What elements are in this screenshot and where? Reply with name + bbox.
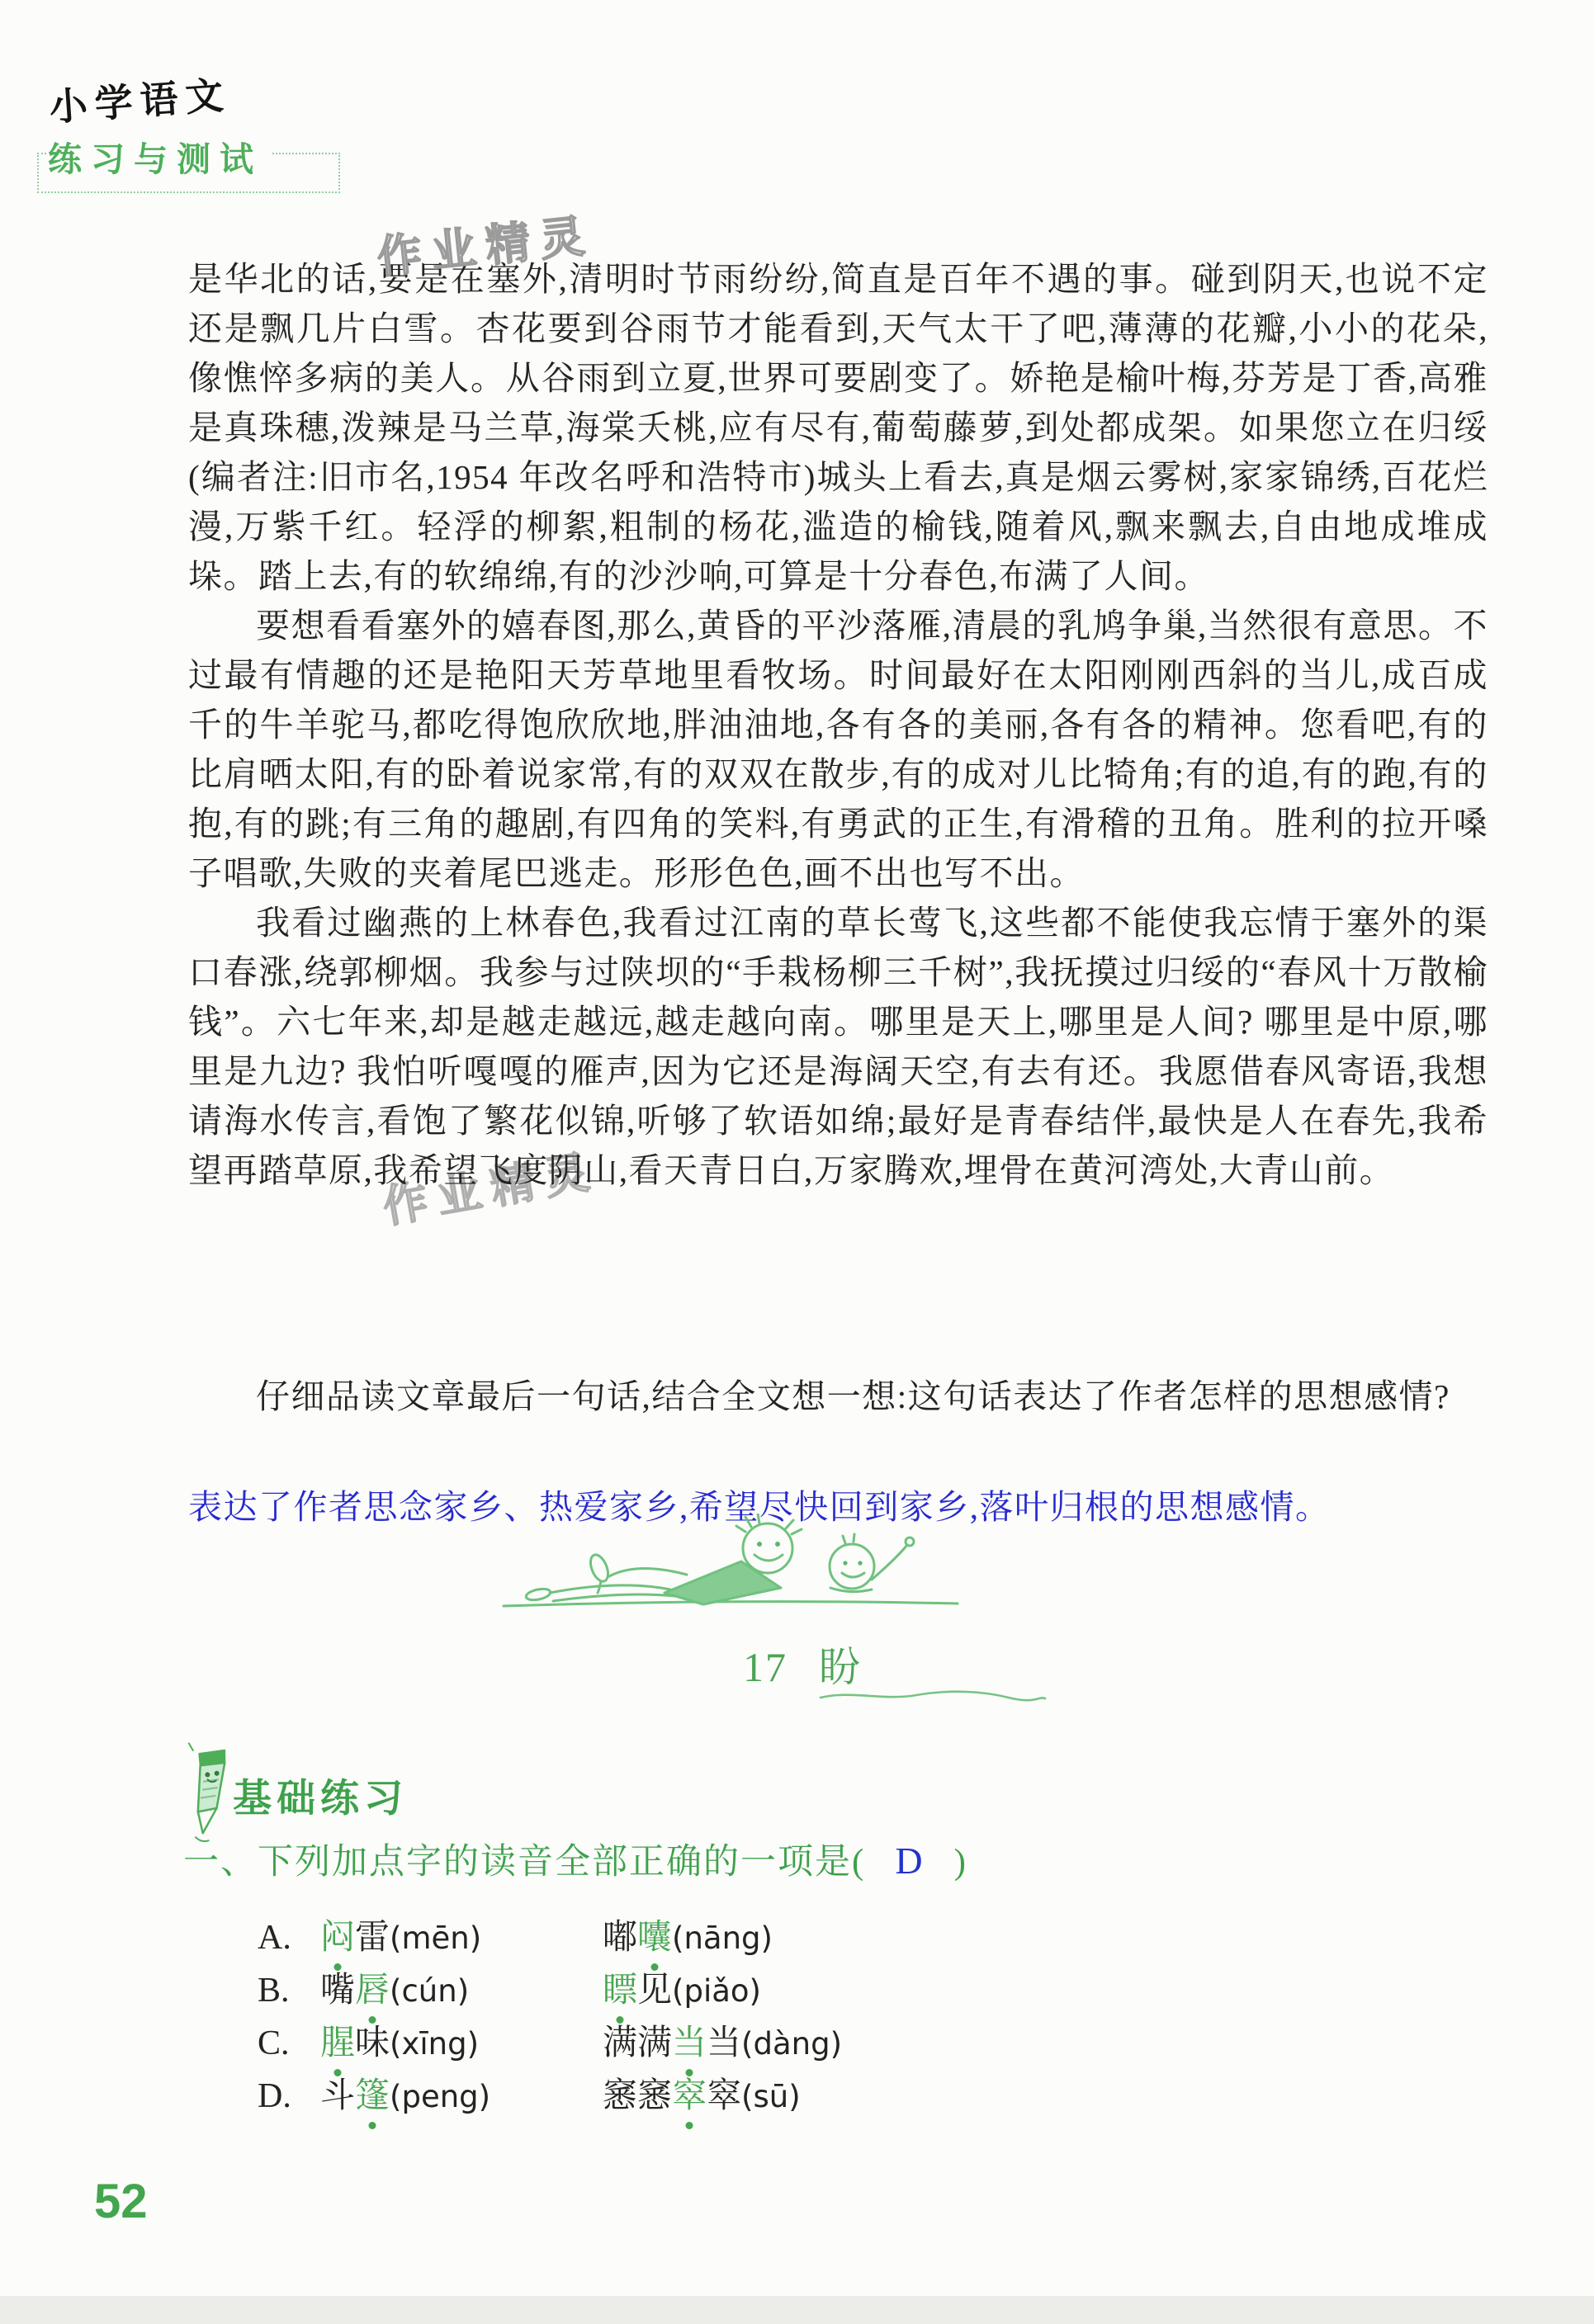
- section-heading-basic-practice: 基础练习: [233, 1768, 408, 1823]
- pinyin: (nāng): [672, 1920, 773, 1956]
- pinyin: (dàng): [741, 2026, 842, 2062]
- word-part: 窣: [707, 2077, 741, 2115]
- open-paren: (: [852, 1843, 865, 1882]
- accented-char: 闷: [320, 1910, 355, 1959]
- pinyin: (xīng): [390, 2026, 479, 2062]
- choice-list: A. 闷雷(mēn) 嘟囔(nāng) B. 嘴唇(cún) 瞟见(piǎo) …: [258, 1910, 842, 2121]
- children-illustration: [495, 1514, 966, 1623]
- choice-label: B.: [258, 1971, 320, 2010]
- choice-row-d: D. 斗篷(peng) 窸窸窣窣(sū): [258, 2068, 842, 2121]
- lesson-title: 盼: [819, 1644, 862, 1690]
- passage-paragraph-2: 要想看看塞外的嬉春图,那么,黄昏的平沙落雁,清晨的乳鸠争巢,当然很有意思。不过最…: [188, 601, 1488, 898]
- pinyin: (sū): [741, 2079, 801, 2114]
- page-bottom-edge: [0, 2296, 1594, 2324]
- accented-char: 篷: [355, 2068, 390, 2118]
- accented-char: 唇: [355, 1963, 390, 2012]
- word-part: 见: [637, 1972, 672, 2010]
- wavy-underline: [817, 1687, 1048, 1705]
- accented-char: 腥: [320, 2015, 355, 2065]
- page-number: 52: [94, 2174, 148, 2229]
- choice-row-c: C. 腥味(xīng) 满满当当(dàng): [258, 2015, 842, 2068]
- choice-label: A.: [258, 1918, 320, 1958]
- word-part: 当: [707, 2024, 741, 2062]
- word-part: 嘟: [603, 1919, 637, 1957]
- lesson-heading: 17盼: [743, 1634, 862, 1693]
- choice-word: 嘟囔(nāng): [603, 1910, 773, 1959]
- word-part: 嘴: [320, 1972, 355, 2010]
- choice-word: 窸窸窣窣(sū): [603, 2068, 801, 2118]
- close-paren: ): [954, 1843, 967, 1882]
- book-subtitle: 练习与测试: [46, 132, 271, 182]
- pinyin: (cún): [390, 1973, 469, 2009]
- word-part: 雷: [355, 1919, 390, 1957]
- accented-char: 瞟: [603, 1963, 637, 2012]
- pinyin: (piǎo): [672, 1973, 761, 2009]
- question-1-answer: D: [865, 1840, 953, 1882]
- choice-word: 嘴唇(cún): [320, 1963, 603, 2012]
- word-part: 窸窸: [603, 2077, 672, 2115]
- word-part: 满满: [603, 2024, 672, 2062]
- pinyin: (peng): [390, 2079, 490, 2114]
- accented-char: 窣: [672, 2068, 707, 2118]
- choice-word: 斗篷(peng): [320, 2068, 603, 2118]
- word-part: 斗: [320, 2077, 355, 2115]
- choice-word: 满满当当(dàng): [603, 2015, 842, 2065]
- question-1: 一、下列加点字的读音全部正确的一项是(D): [183, 1834, 967, 1884]
- choice-word: 腥味(xīng): [320, 2015, 603, 2065]
- passage-paragraph-1: 是华北的话,要是在塞外,清明时节雨纷纷,简直是百年不遇的事。碰到阴天,也说不定还…: [188, 254, 1488, 601]
- pencil-icon: [182, 1741, 239, 1845]
- pinyin: (mēn): [390, 1920, 481, 1956]
- word-part: 味: [355, 2024, 390, 2062]
- reading-question: 仔细品读文章最后一句话,结合全文想一想:这句话表达了作者怎样的思想感情?: [188, 1368, 1488, 1424]
- choice-row-a: A. 闷雷(mēn) 嘟囔(nāng): [258, 1910, 842, 1963]
- choice-word: 瞟见(piǎo): [603, 1963, 761, 2012]
- question-1-prompt: 一、下列加点字的读音全部正确的一项是: [183, 1843, 852, 1882]
- choice-word: 闷雷(mēn): [320, 1910, 603, 1959]
- reading-passage: 是华北的话,要是在塞外,清明时节雨纷纷,简直是百年不遇的事。碰到阴天,也说不定还…: [188, 254, 1488, 1195]
- workbook-page: 小学语文 练习与测试 作业精灵 作业精灵 是华北的话,要是在塞外,清明时节雨纷纷…: [0, 0, 1594, 2324]
- choice-label: D.: [258, 2076, 320, 2116]
- passage-paragraph-3: 我看过幽燕的上林春色,我看过江南的草长莺飞,这些都不能使我忘情于塞外的渠口春涨,…: [188, 898, 1488, 1195]
- book-title: 小学语文: [47, 65, 232, 132]
- choice-label: C.: [258, 2024, 320, 2063]
- choice-row-b: B. 嘴唇(cún) 瞟见(piǎo): [258, 1963, 842, 2015]
- accented-char: 囔: [637, 1910, 672, 1959]
- lesson-number: 17: [743, 1644, 788, 1690]
- accented-char: 当: [672, 2015, 707, 2065]
